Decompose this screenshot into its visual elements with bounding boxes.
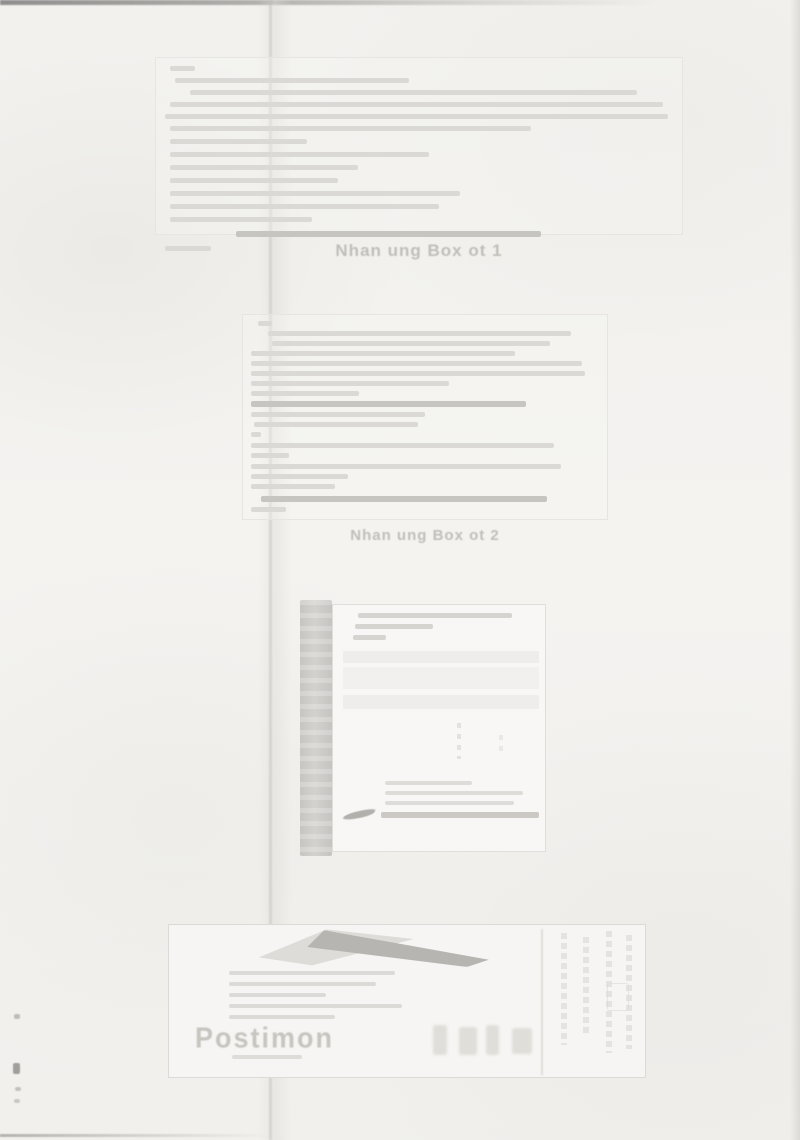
text-line-placeholder xyxy=(251,484,335,489)
instruction-box-2 xyxy=(242,314,608,520)
scan-right-shadow xyxy=(790,0,800,1140)
text-line-placeholder xyxy=(251,361,582,366)
vertical-text-column-placeholder xyxy=(561,933,567,1045)
text-line-placeholder xyxy=(165,114,668,119)
brand-name: Postimon xyxy=(195,1022,334,1055)
text-line-placeholder xyxy=(251,464,561,469)
figure-caption-2: Nhan ung Box ot 2 xyxy=(242,527,608,544)
form-header-lines xyxy=(347,613,535,640)
scanned-document-page: Nhan ung Box ot 1 Nhan ung Box ot 2 Post… xyxy=(0,0,800,1140)
form-dashed-column-2 xyxy=(499,735,503,757)
text-line-placeholder xyxy=(353,635,387,640)
text-line-placeholder xyxy=(268,331,571,336)
envelope-address-block xyxy=(229,971,459,1019)
text-line-placeholder xyxy=(355,624,434,629)
text-line-placeholder xyxy=(251,381,449,386)
text-line-placeholder xyxy=(170,139,307,144)
notepad-spine xyxy=(300,600,332,856)
text-line-placeholder xyxy=(251,432,261,437)
text-line-placeholder xyxy=(261,496,546,502)
form-bold-footer-line xyxy=(381,812,539,818)
stray-ink-mark xyxy=(15,1087,21,1091)
instruction-box-1 xyxy=(155,57,683,235)
waybill-sheet xyxy=(332,604,546,852)
figure-caption-1: Nhan ung Box ot 1 xyxy=(155,241,683,261)
text-line-placeholder xyxy=(229,1015,335,1019)
text-line-placeholder xyxy=(251,474,348,479)
text-line-placeholder xyxy=(170,102,663,107)
text-line-placeholder xyxy=(258,321,272,326)
text-line-placeholder xyxy=(358,613,512,618)
form-dashed-column xyxy=(457,723,461,759)
text-line-placeholder xyxy=(170,165,358,170)
text-line-placeholder xyxy=(385,801,514,805)
vertical-text-column-placeholder xyxy=(626,935,632,1049)
text-line-placeholder xyxy=(251,453,289,458)
text-line-placeholder xyxy=(229,982,376,986)
vertical-text-column-placeholder xyxy=(606,931,612,1053)
faint-stamp-mark xyxy=(459,1027,477,1055)
text-line-placeholder xyxy=(236,231,541,237)
text-line-placeholder xyxy=(170,66,195,71)
faint-stamp-mark xyxy=(512,1028,532,1054)
text-line-placeholder xyxy=(251,507,286,512)
stray-ink-mark xyxy=(13,1063,20,1074)
form-small-text-lines xyxy=(385,781,535,805)
text-line-placeholder xyxy=(170,126,531,131)
text-line-placeholder xyxy=(251,401,526,407)
text-line-placeholder xyxy=(229,971,395,975)
envelope: Postimon xyxy=(168,924,646,1078)
text-line-placeholder xyxy=(170,204,439,209)
text-line-placeholder xyxy=(175,78,409,83)
text-line-placeholder xyxy=(251,391,359,396)
envelope-fold-line xyxy=(541,929,543,1075)
faint-stamp-mark xyxy=(486,1025,499,1055)
faint-stamp-mark xyxy=(433,1025,447,1055)
text-line-placeholder xyxy=(385,791,523,795)
scan-bottom-edge-artifact xyxy=(0,1134,270,1137)
brand-tagline-placeholder xyxy=(232,1055,302,1059)
form-sender-field xyxy=(343,651,539,663)
stray-ink-mark xyxy=(14,1099,20,1103)
text-line-placeholder xyxy=(385,781,472,785)
vertical-text-column-placeholder xyxy=(583,937,589,1035)
text-line-placeholder xyxy=(251,351,515,356)
text-line-placeholder xyxy=(229,1004,402,1008)
waybill-form-photo xyxy=(300,600,546,856)
text-line-placeholder xyxy=(170,217,312,222)
text-line-placeholder xyxy=(170,191,460,196)
text-line-placeholder xyxy=(170,152,429,157)
text-line-placeholder xyxy=(170,178,338,183)
signature-swoosh xyxy=(341,808,376,821)
stray-ink-mark xyxy=(14,1014,20,1019)
courier-logo xyxy=(254,927,496,967)
text-line-placeholder xyxy=(251,443,554,448)
scan-top-edge-artifact xyxy=(0,0,800,5)
form-field-band xyxy=(343,667,539,689)
text-line-placeholder xyxy=(251,371,585,376)
text-line-placeholder xyxy=(190,90,637,95)
form-recipient-field xyxy=(343,695,539,709)
text-line-placeholder xyxy=(251,412,425,417)
text-line-placeholder xyxy=(254,422,418,427)
text-line-placeholder xyxy=(229,993,326,997)
text-line-placeholder xyxy=(272,341,550,346)
